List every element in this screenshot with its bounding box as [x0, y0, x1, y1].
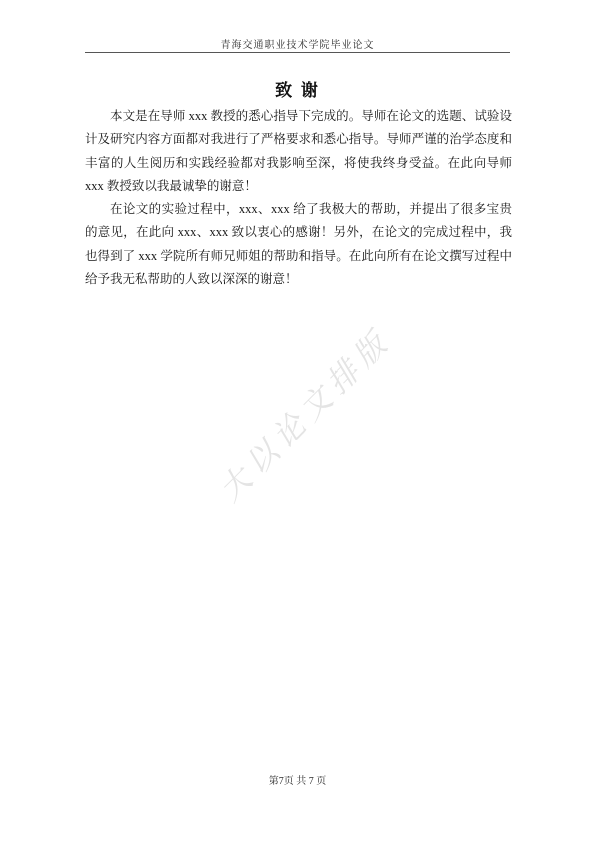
page-title: 致 谢: [0, 76, 595, 101]
document-body: 本文是在导师 xxx 教授的悉心指导下完成的。导师在论文的选题、试验设计及研究内…: [85, 105, 512, 291]
paragraph: 本文是在导师 xxx 教授的悉心指导下完成的。导师在论文的选题、试验设计及研究内…: [85, 105, 512, 198]
watermark-text: 大以论文排版: [206, 316, 399, 509]
running-header: 青海交通职业技术学院毕业论文: [85, 36, 510, 51]
header-rule: [85, 52, 510, 53]
page-number: 第7页 共 7 页: [0, 772, 595, 787]
document-page: 青海交通职业技术学院毕业论文 致 谢 本文是在导师 xxx 教授的悉心指导下完成…: [0, 0, 595, 842]
paragraph: 在论文的实验过程中，xxx、xxx 给了我极大的帮助，并提出了很多宝贵的意见，在…: [85, 198, 512, 291]
